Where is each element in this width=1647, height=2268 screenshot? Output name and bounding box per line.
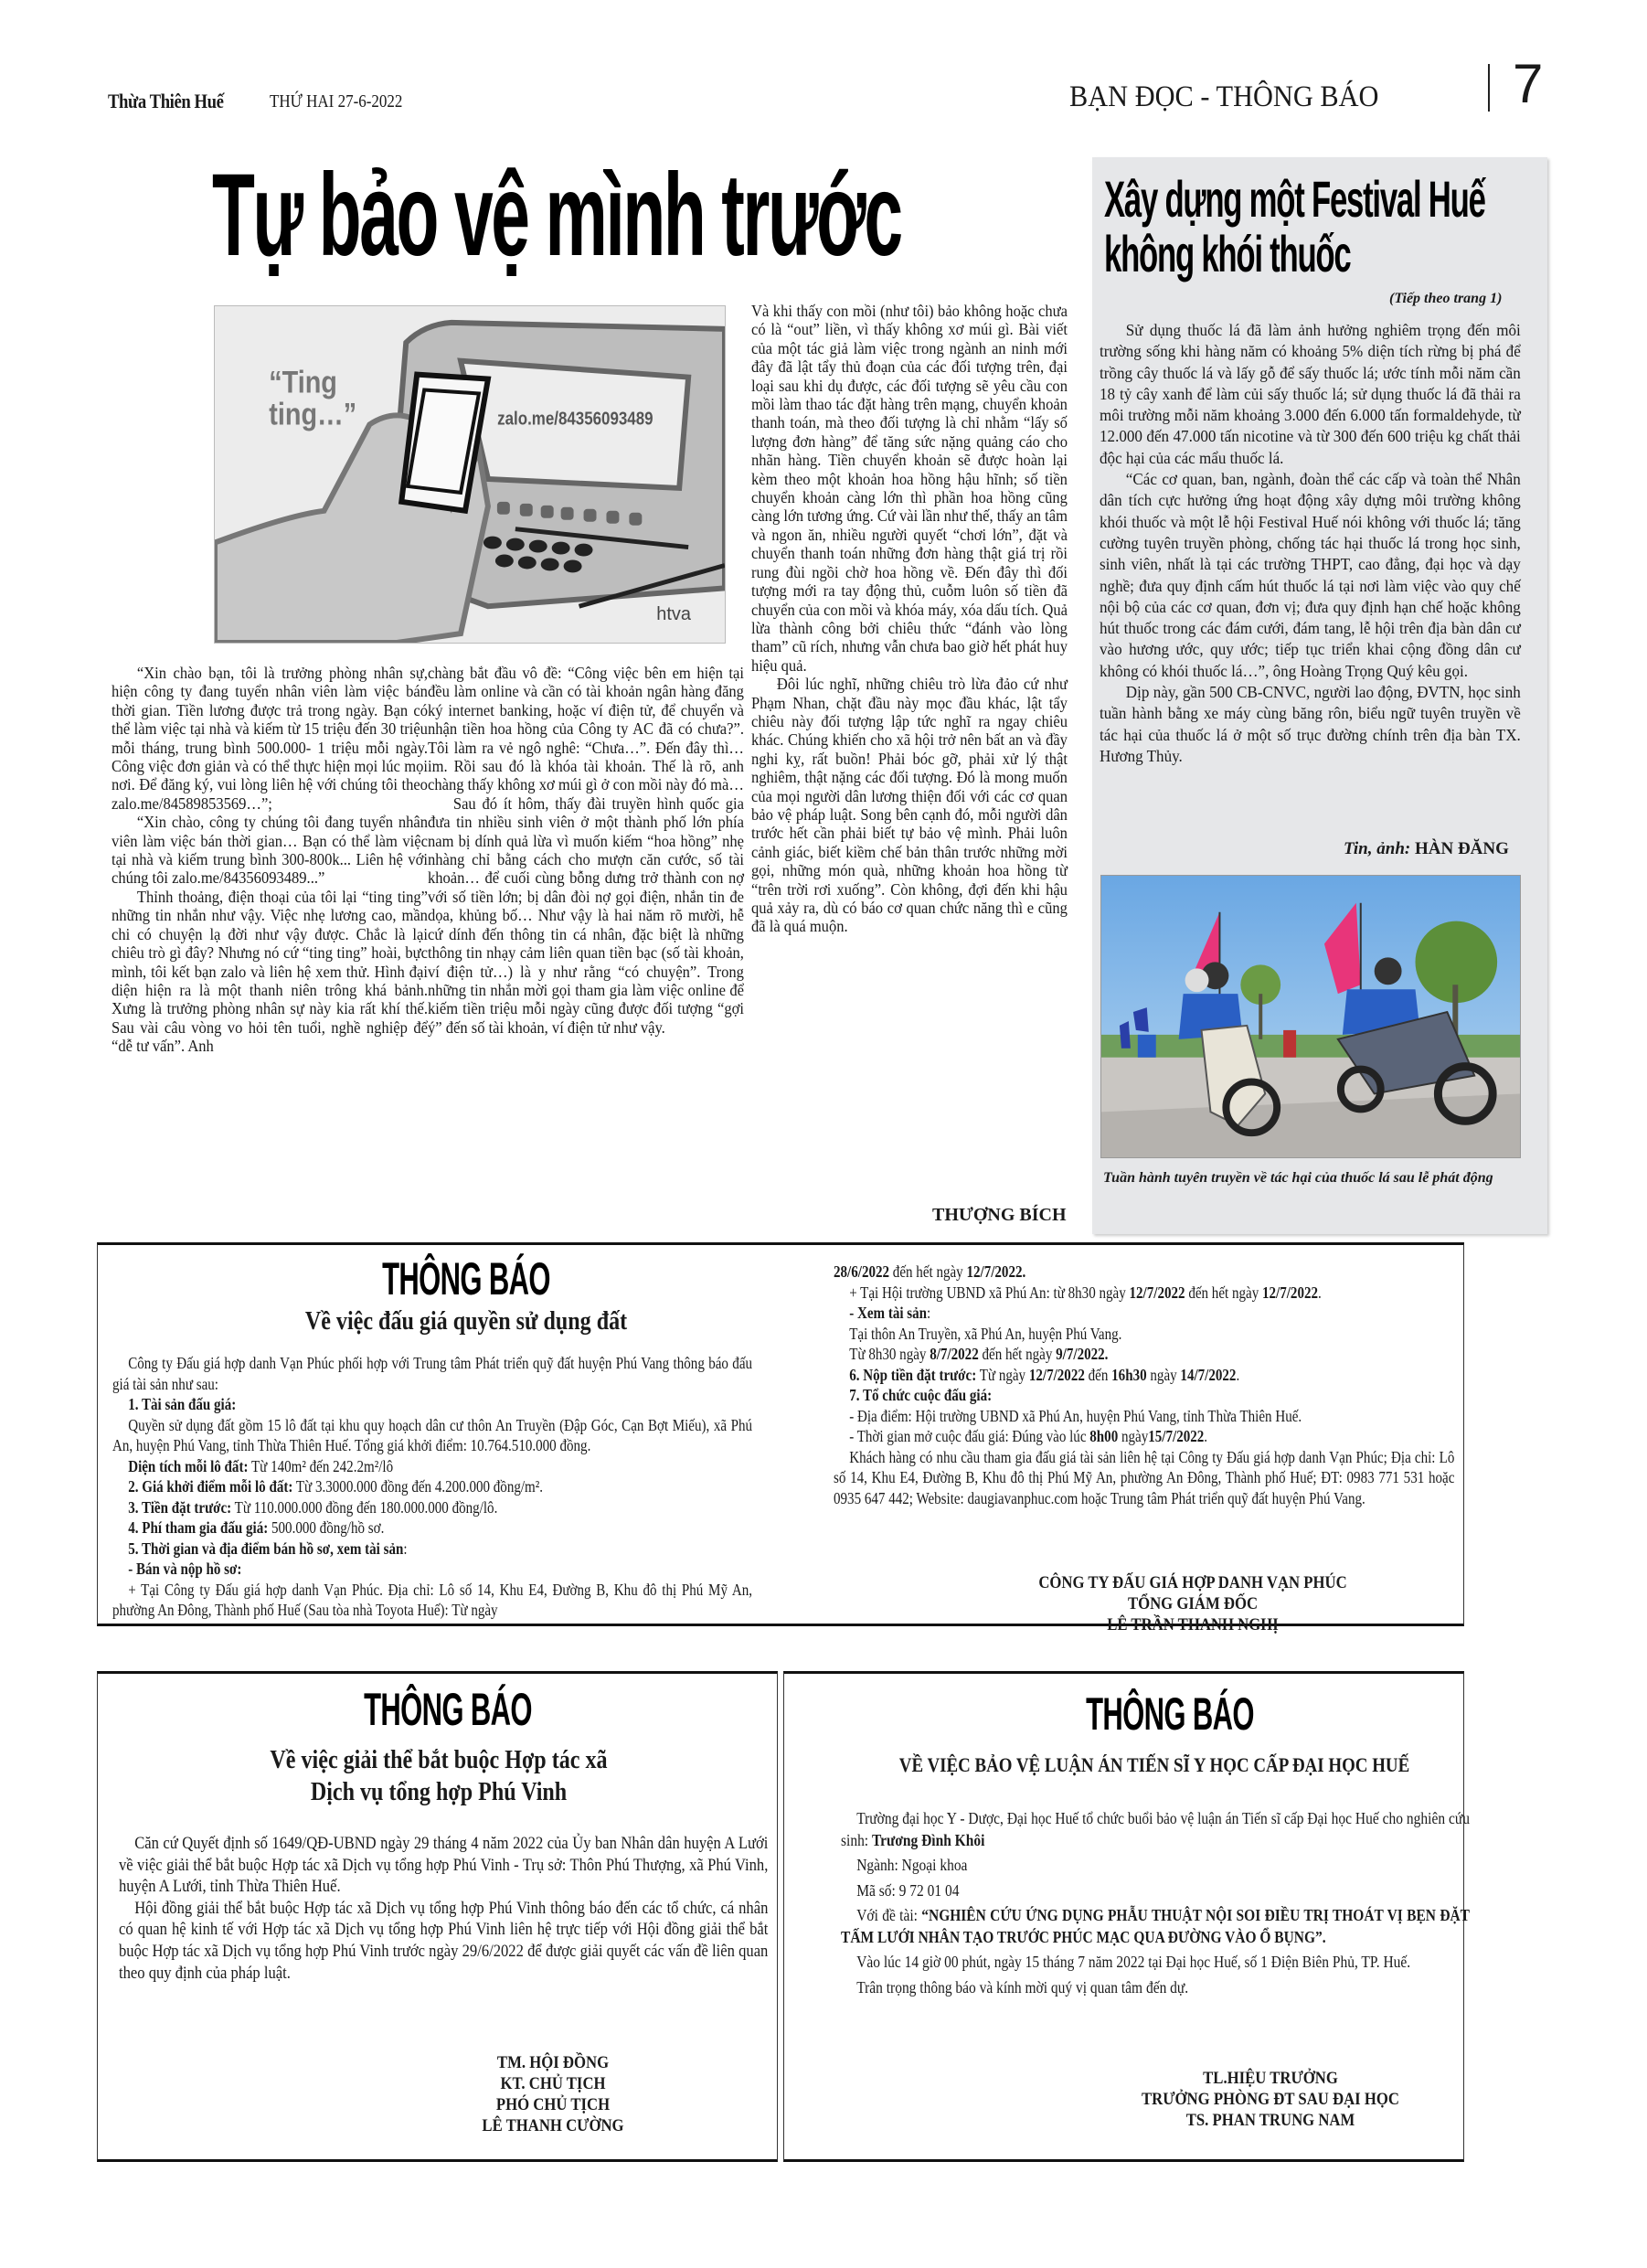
notice-signature: CÔNG TY ĐẤU GIÁ HỢP DANH VẠN PHÚC TỔNG G…	[963, 1572, 1422, 1635]
paragraph: Sử dụng thuốc lá đã làm ảnh hưởng nghiêm…	[1100, 320, 1521, 469]
svg-text:ting…”: ting…”	[269, 397, 356, 431]
notice-title: THÔNG BÁO	[1051, 1691, 1289, 1737]
notice-title: THÔNG BÁO	[329, 1687, 567, 1732]
issue-date: THỨ HAI 27-6-2022	[270, 91, 402, 112]
notice-subtitle: Về việc giải thể bắt buộc Hợp tác xã Dịc…	[203, 1744, 675, 1808]
article-column-2: chàng bắt đầu vô đề: “Công việc bên em h…	[428, 664, 744, 1037]
section-title: BẠN ĐỌC - THÔNG BÁO	[1069, 80, 1378, 114]
svg-text:zalo.me/84356093489: zalo.me/84356093489	[497, 408, 653, 429]
notice-body: Căn cứ Quyết định số 1649/QĐ-UBND ngày 2…	[119, 1833, 768, 1984]
notice-body-right: 28/6/2022 đến hết ngày 12/7/2022. + Tại …	[834, 1262, 1454, 1508]
paragraph: “Các cơ quan, ban, ngành, đoàn thể các c…	[1100, 469, 1521, 682]
notice-subtitle: VỀ VIỆC BẢO VỆ LUẬN ÁN TIẾN SĨ Y HỌC CẤP…	[860, 1753, 1450, 1777]
article-headline: Tự bảo vệ mình trước	[212, 157, 901, 274]
photo-caption: Tuần hành tuyên truyền về tác hại của th…	[1103, 1167, 1524, 1188]
sidebar-headline: Xây dựng một Festival Huế không khói thu…	[1104, 172, 1485, 282]
parade-photo	[1100, 875, 1521, 1158]
paragraph: “Xin chào bạn, tôi là trưởng phòng nhân …	[112, 664, 428, 813]
notice-body-left: Công ty Đấu giá hợp danh Vạn Phúc phối h…	[112, 1353, 752, 1621]
hand-phone-laptop-illustration: “Ting ting…” zalo.me/84356093489 htva	[215, 306, 725, 643]
article-byline: THƯỢNG BÍCH	[932, 1205, 1067, 1226]
notice-body: Trường đại học Y - Dược, Đại học Huế tổ …	[841, 1808, 1470, 2002]
svg-text:htva: htva	[656, 604, 692, 624]
photo-credit: Tin, ảnh: HÀN ĐĂNG	[1344, 839, 1509, 859]
speech-text: “Ting	[269, 365, 337, 399]
continued-note: (Tiếp theo trang 1)	[1389, 291, 1502, 307]
article-illustration: “Ting ting…” zalo.me/84356093489 htva	[214, 305, 726, 644]
notice-signature: TM. HỘI ĐỒNG KT. CHỦ TỊCH PHÓ CHỦ TỊCH L…	[420, 2052, 685, 2136]
page-number: 7	[1513, 57, 1543, 112]
notice-signature: TL.HIỆU TRƯỞNG TRƯỞNG PHÒNG ĐT SAU ĐẠI H…	[1101, 2068, 1440, 2131]
notice-title: THÔNG BÁO	[347, 1256, 585, 1302]
sidebar-body: Sử dụng thuốc lá đã làm ảnh hưởng nghiêm…	[1100, 320, 1521, 767]
notice-subtitle: Về việc đấu giá quyền sử dụng đất	[239, 1307, 695, 1336]
paragraph: Thỉnh thoảng, điện thoại của tôi lại “ti…	[112, 888, 428, 1056]
paragraph: “Xin chào, công ty chúng tôi đang tuyển …	[112, 813, 428, 888]
paragraph: Sau đó ít hôm, thấy đài truyền hình quốc…	[428, 794, 744, 1037]
masthead: Thừa Thiên Huế	[108, 90, 224, 113]
article-column-3: Và khi thấy con mồi (như tôi) bảo không …	[751, 302, 1068, 936]
motorbike-parade-image	[1101, 876, 1520, 1157]
paragraph: Đôi lúc nghĩ, những chiêu trò lừa đảo cứ…	[751, 675, 1068, 936]
paragraph: Và khi thấy con mồi (như tôi) bảo không …	[751, 302, 1068, 675]
paragraph: Dịp này, gần 500 CB-CNVC, người lao động…	[1100, 682, 1521, 767]
paragraph: chàng bắt đầu vô đề: “Công việc bên em h…	[428, 664, 744, 794]
header-divider	[1488, 64, 1490, 112]
article-column-1: “Xin chào bạn, tôi là trưởng phòng nhân …	[112, 664, 428, 1056]
